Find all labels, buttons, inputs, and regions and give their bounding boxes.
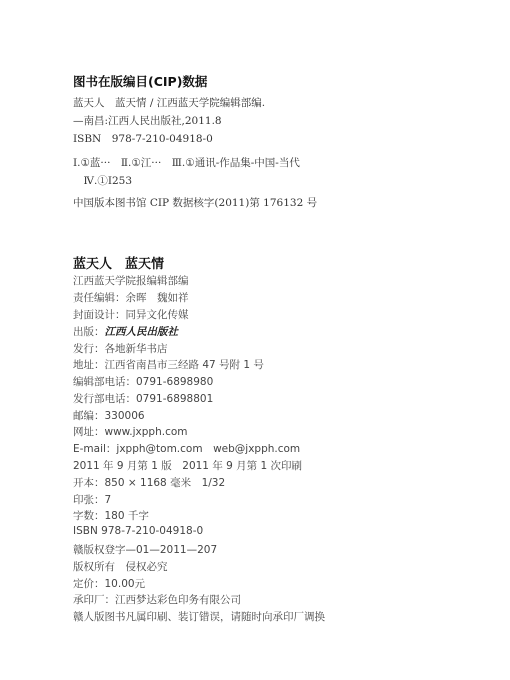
distribution: 发行：各地新华书店 — [73, 341, 168, 356]
sheets: 印张：7 — [73, 492, 111, 507]
isbn: ISBN 978-7-210-04918-0 — [73, 525, 203, 537]
website: 网址：www.jxpph.com — [73, 424, 188, 439]
distribution-phone: 发行部电话：0791-6898801 — [73, 391, 213, 406]
publisher-name: 江西人民出版社 — [105, 326, 179, 338]
email: E-mail：jxpph@tom.com web@jxpph.com — [73, 441, 300, 456]
responsible-editor: 责任编辑：余晖 魏如祥 — [73, 290, 189, 305]
cip-classification: Ⅳ.①I253 — [73, 173, 132, 188]
cip-record-number: 中国版本图书馆 CIP 数据核字(2011)第 176132 号 — [73, 195, 317, 210]
cip-isbn: ISBN 978-7-210-04918-0 — [73, 131, 213, 146]
copyright: 版权所有 侵权必究 — [73, 559, 168, 574]
registration: 赣版权登字—01—2011—207 — [73, 542, 217, 557]
cip-line: —南昌:江西人民出版社,2011.8 — [73, 113, 222, 128]
cip-line: 蓝天人 蓝天情 / 江西蓝天学院编辑部编. — [73, 95, 265, 110]
price: 定价：10.00元 — [73, 576, 145, 591]
book-title: 蓝天人 蓝天情 — [73, 253, 164, 272]
editor-org: 江西蓝天学院报编辑部编 — [73, 273, 189, 288]
editorial-phone: 编辑部电话：0791-6898980 — [73, 374, 213, 389]
cover-design: 封面设计：同异文化传媒 — [73, 307, 189, 322]
printer: 承印厂：江西梦达彩色印务有限公司 — [73, 592, 241, 607]
publisher: 出版：江西人民出版社 — [73, 324, 178, 339]
cip-title: 图书在版编目(CIP)数据 — [73, 72, 207, 90]
publisher-label: 出版： — [73, 326, 105, 338]
notice: 赣人版图书凡属印刷、装订错误，请随时向承印厂调换 — [73, 609, 325, 624]
cip-classification: Ⅰ.①蓝··· Ⅱ.①江··· Ⅲ.①通讯-作品集-中国-当代 — [73, 155, 300, 170]
word-count: 字数：180 千字 — [73, 508, 149, 523]
postcode: 邮编：330006 — [73, 408, 145, 423]
edition: 2011 年 9 月第 1 版 2011 年 9 月第 1 次印刷 — [73, 458, 302, 473]
format: 开本：850 × 1168 毫米 1/32 — [73, 475, 225, 490]
address: 地址：江西省南昌市三经路 47 号附 1 号 — [73, 357, 264, 372]
